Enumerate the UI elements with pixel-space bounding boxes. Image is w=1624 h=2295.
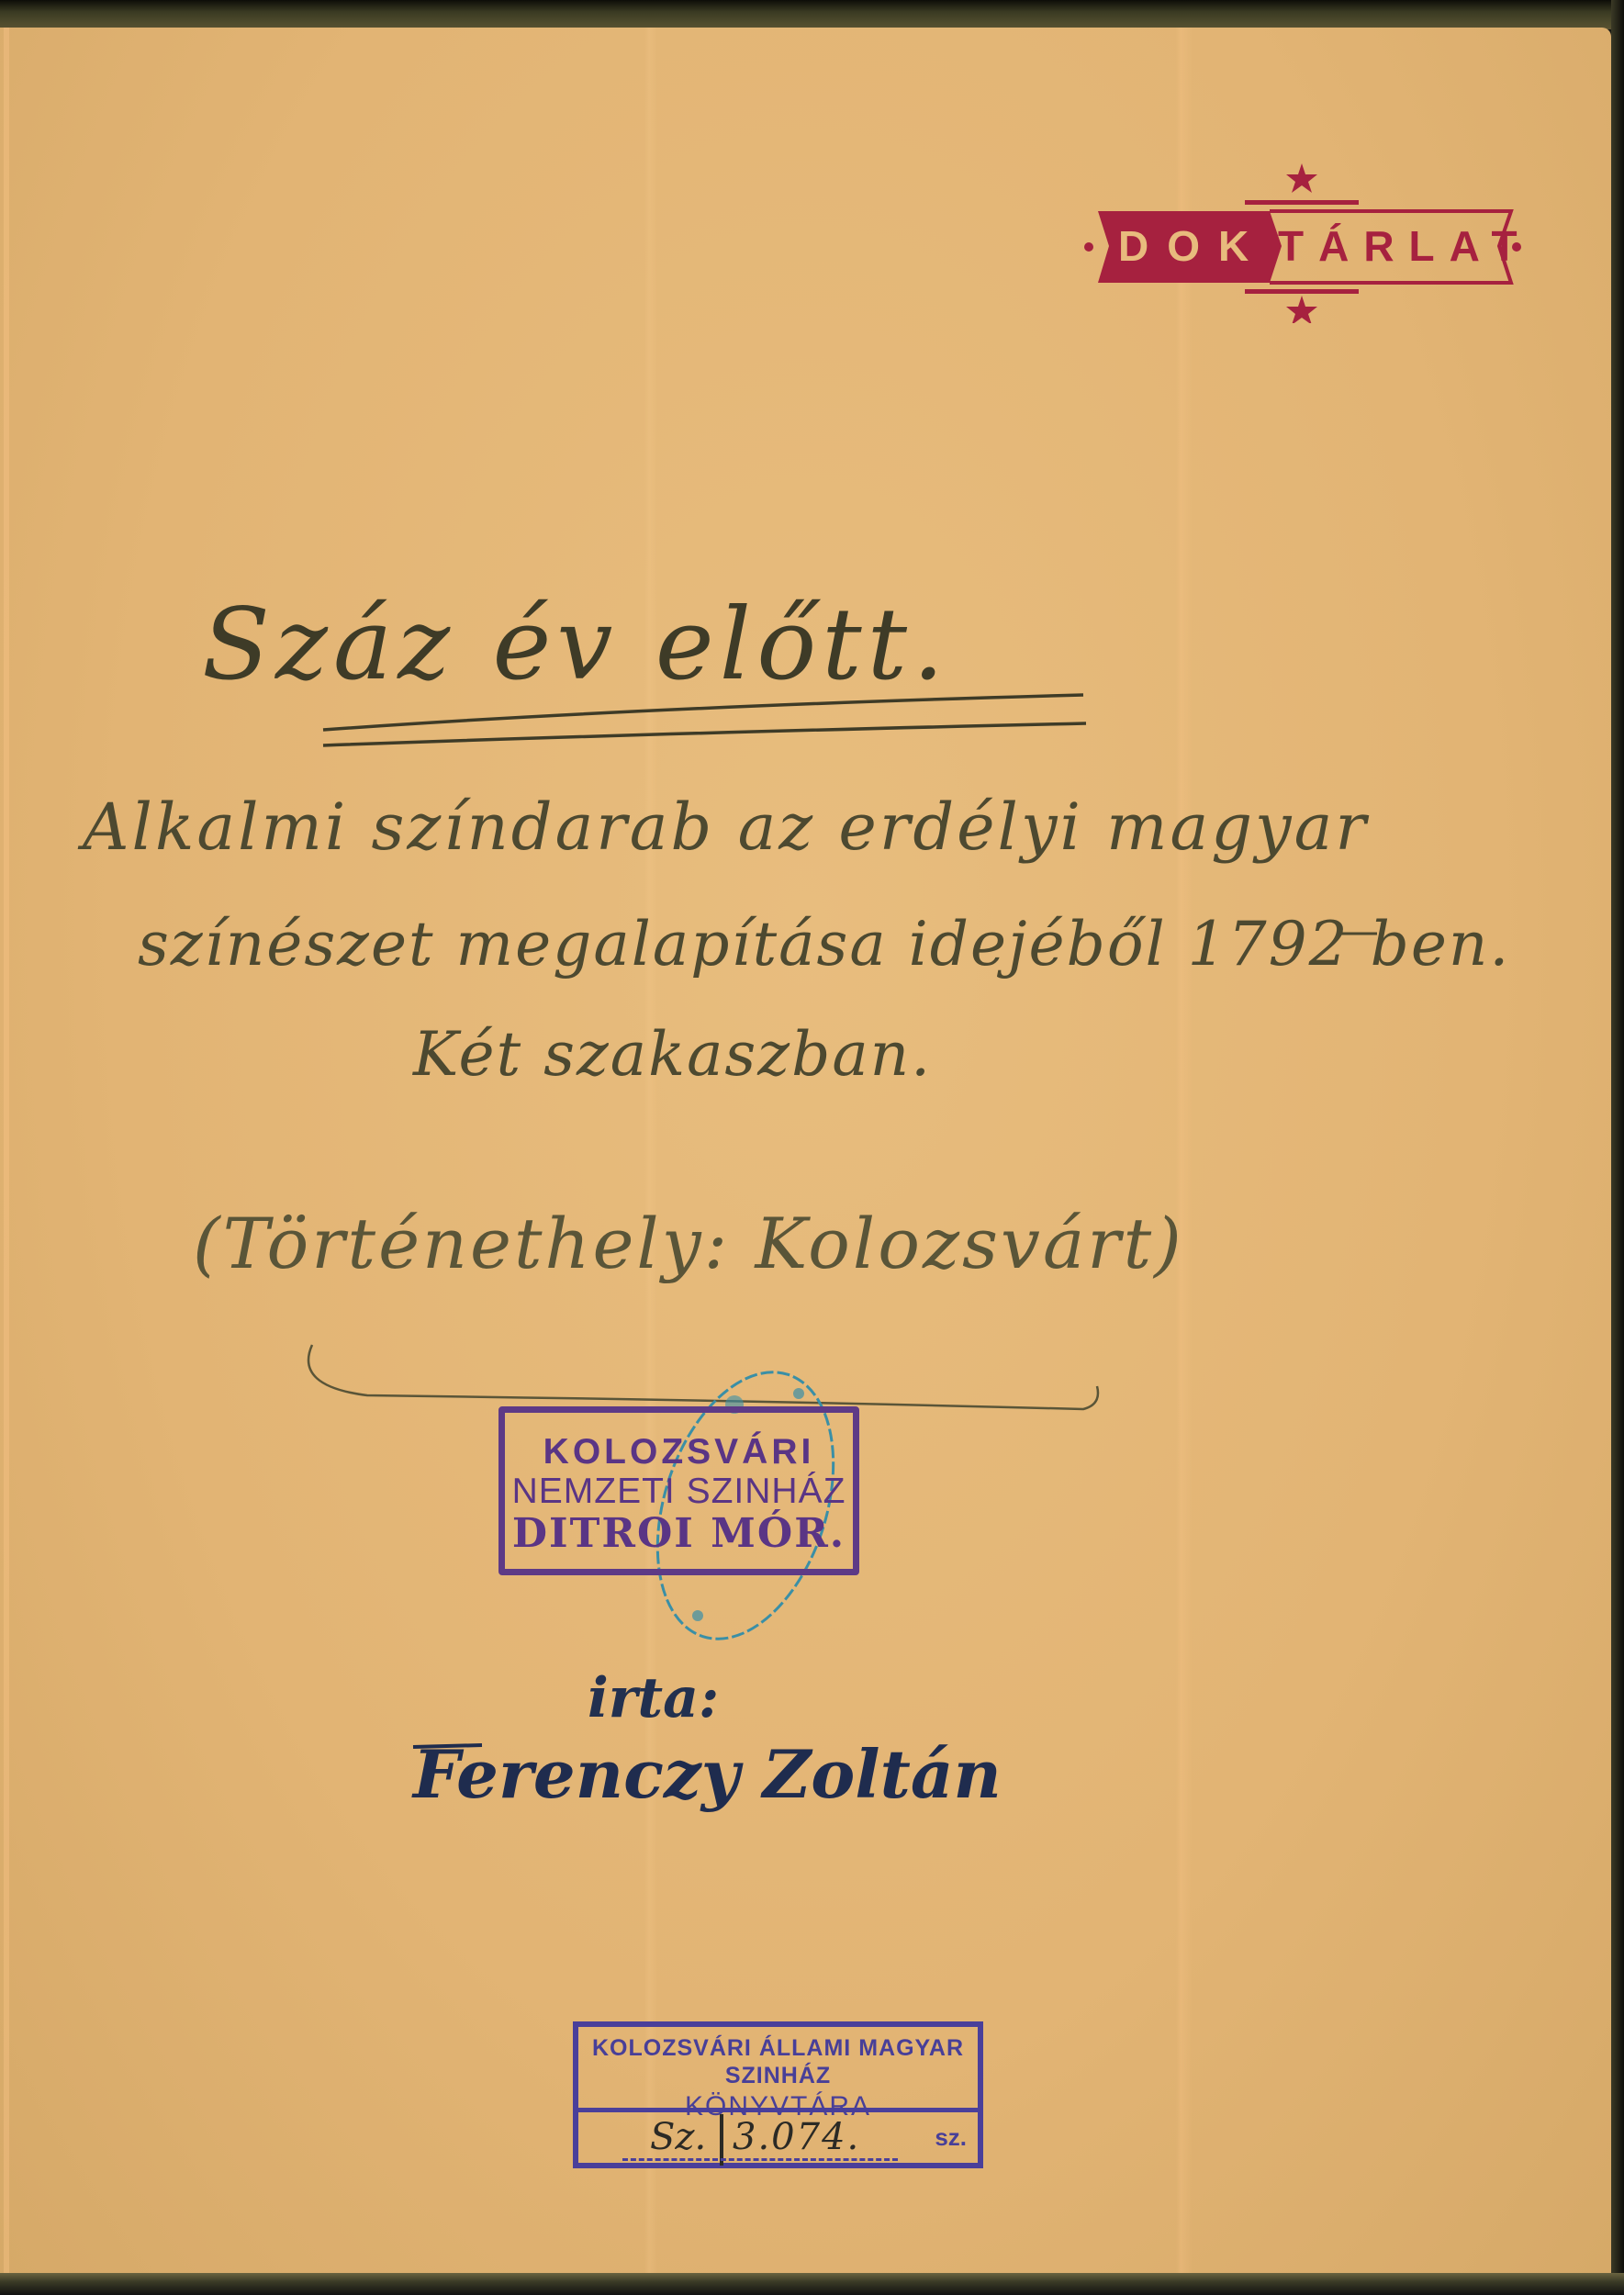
library-stamp-line-1: KOLOZSVÁRI ÁLLAMI MAGYAR SZINHÁZ (578, 2027, 978, 2089)
library-stamp-suffix: sz. (935, 2123, 967, 2152)
star-icon (692, 1610, 703, 1621)
library-stamp-prefix: Sz. (650, 2116, 706, 2158)
setting-line: (Történethely: Kolozsvárt) (193, 1203, 1184, 1284)
library-stamp-dotted-line (622, 2158, 898, 2161)
library-catalog-number: 3.074. (733, 2116, 860, 2158)
author-label: irta: (588, 1666, 719, 1730)
pen-strokes-overlay (0, 0, 1624, 2295)
stamp-line-2: NEMZETI SZINHÁZ (505, 1472, 853, 1512)
library-stamp: KOLOZSVÁRI ÁLLAMI MAGYAR SZINHÁZ KÖNYVTÁ… (573, 2021, 983, 2168)
author-signature: Ferenczy Zoltán (413, 1735, 1002, 1813)
subtitle-line-3: Két szakaszban. (413, 1019, 932, 1090)
subtitle-line-1: Alkalmi színdarab az erdélyi magyar (83, 789, 1369, 865)
star-icon (793, 1388, 804, 1399)
subtitle-line-2: színészet megalapítása idejéből 1792 ben… (138, 909, 1510, 980)
theatre-stamp: KOLOZSVÁRI NEMZETI SZINHÁZ DITROI MÓR. (498, 1406, 859, 1575)
stamp-line-3: DITROI MÓR. (505, 1512, 853, 1556)
stamp-line-1: KOLOZSVÁRI (505, 1433, 853, 1472)
